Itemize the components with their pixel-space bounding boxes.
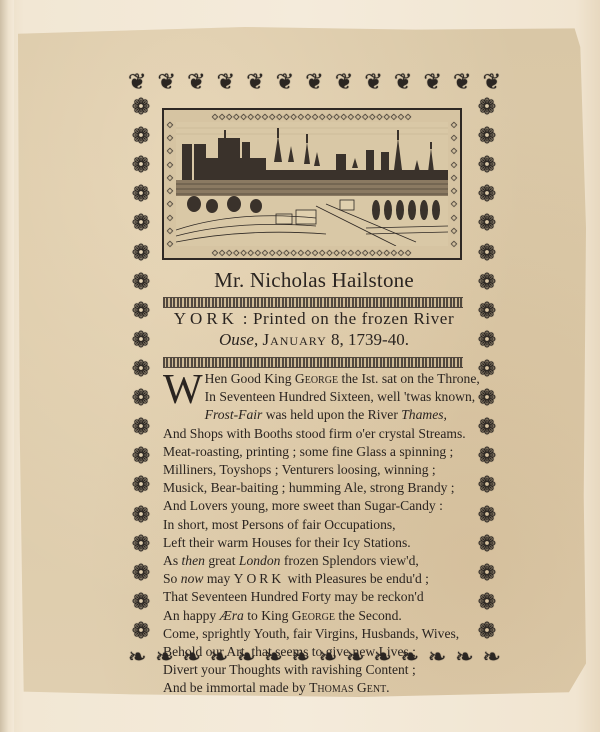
ornament-icon: ◇ — [255, 112, 262, 121]
ornament-icon: ❁ — [132, 125, 150, 147]
poem-text: may — [203, 571, 233, 586]
ornament-icon: ◇ — [212, 112, 219, 121]
ornament-icon: ❁ — [132, 591, 150, 613]
ornament-icon: ◇ — [240, 112, 247, 121]
poem-text: In Seventeen Hundred Sixteen, well 'twas… — [205, 389, 476, 404]
ornament-icon: ❦ — [335, 71, 352, 93]
ornament-icon: ◇ — [283, 248, 290, 257]
ornament-icon: ◇ — [262, 248, 269, 257]
ornament-icon: ◇ — [167, 173, 173, 182]
imprint-river: Ouse — [219, 330, 254, 349]
ornament-icon: ❁ — [478, 329, 496, 351]
ornament-icon: ❁ — [132, 212, 150, 234]
ornament-icon: ◇ — [405, 112, 412, 121]
ornament-icon: ❁ — [132, 445, 150, 467]
ornament-icon: ◇ — [451, 199, 457, 208]
ornament-icon: ◇ — [376, 112, 383, 121]
poem-text: was held upon the River — [262, 407, 401, 422]
ornament-icon: ◇ — [405, 248, 412, 257]
ornament-icon: ◇ — [248, 112, 255, 121]
ornament-icon: ◇ — [167, 239, 173, 248]
ornament-icon: ◇ — [451, 160, 457, 169]
ornament-icon: ❁ — [478, 154, 496, 176]
ornament-icon: ❁ — [478, 504, 496, 526]
ornament-icon: ❁ — [132, 533, 150, 555]
ornament-icon: ❦ — [246, 71, 263, 93]
poem-line: Divert your Thoughts with ravishing Cont… — [163, 661, 473, 679]
poem-line: Come, sprightly Youth, fair Virgins, Hus… — [163, 625, 473, 643]
poem-text: frozen Splendors view'd, — [280, 553, 418, 568]
poem-text: Milliners, Toyshops ; Venturers loosing,… — [163, 462, 436, 477]
ornament-icon: ❦ — [217, 71, 234, 93]
poem-text: So — [163, 571, 181, 586]
type-ornament-rule-upper — [163, 297, 463, 308]
poem-line: Musick, Bear-baiting ; humming Ale, stro… — [163, 479, 473, 497]
ornament-icon: ◇ — [167, 213, 173, 222]
woodcut-chain-border-top: ◇◇◇◇◇◇◇◇◇◇◇◇◇◇◇◇◇◇◇◇◇◇◇◇◇◇◇◇ — [164, 111, 460, 121]
poem-text: the Ist. sat on the Throne, — [338, 371, 480, 386]
ornament-icon: ◇ — [333, 248, 340, 257]
poem-verse: W Hen Good King George the Ist. sat on t… — [163, 370, 473, 698]
poem-text: And be immortal made by — [163, 680, 309, 695]
poem-text: Thomas Gent. — [309, 680, 389, 695]
ornament-icon: ❁ — [132, 474, 150, 496]
ornament-icon: ◇ — [451, 173, 457, 182]
poem-line: Behold our Art, that seems to give new L… — [163, 643, 473, 661]
poem-text: Come, sprightly Youth, fair Virgins, Hus… — [163, 626, 459, 641]
ornament-icon: ❁ — [478, 474, 496, 496]
ornament-icon: ❁ — [478, 183, 496, 205]
imprint-line-1: YORK : Printed on the frozen River — [158, 309, 470, 329]
woodcut-chain-border-right: ◇◇◇◇◇◇◇◇◇◇ — [449, 120, 459, 248]
imprint-printed-on: : Printed on the frozen River — [238, 309, 454, 328]
ornament-icon: ❁ — [132, 562, 150, 584]
poem-text: In short, most Persons of fair Occupatio… — [163, 517, 396, 532]
ornament-icon: ❁ — [132, 300, 150, 322]
ornament-icon: ◇ — [167, 226, 173, 235]
ornament-icon: ◇ — [451, 186, 457, 195]
ornament-icon: ❦ — [453, 71, 470, 93]
poem-text: George — [295, 371, 338, 386]
ornament-icon: ◇ — [451, 226, 457, 235]
poem-text: with Pleasures be endu'd ; — [284, 571, 429, 586]
ornament-icon: ◇ — [262, 112, 269, 121]
ornament-icon: ◇ — [248, 248, 255, 257]
ornament-icon: ❦ — [305, 71, 322, 93]
type-ornament-rule-lower — [163, 357, 463, 368]
ornament-icon: ❁ — [478, 562, 496, 584]
ornament-icon: ◇ — [291, 112, 298, 121]
ornament-icon: ❁ — [478, 358, 496, 380]
ornament-icon: ◇ — [391, 248, 398, 257]
poem-text: then — [182, 553, 205, 568]
ornament-icon: ❦ — [128, 71, 145, 93]
ornament-icon: ◇ — [451, 146, 457, 155]
poem-text: George — [292, 608, 335, 623]
ornament-icon: ❁ — [132, 183, 150, 205]
ornament-icon: ❦ — [483, 71, 500, 93]
ornament-icon: ◇ — [398, 112, 405, 121]
ornament-icon: ❁ — [478, 620, 496, 642]
ornament-icon: ❁ — [478, 416, 496, 438]
ornament-icon: ❁ — [478, 300, 496, 322]
york-skyline-woodcut — [176, 122, 448, 246]
ornament-icon: ❁ — [132, 96, 150, 118]
poem-line: In Seventeen Hundred Sixteen, well 'twas… — [163, 388, 473, 406]
poem-text: Behold our Art, that seems to give new L… — [163, 644, 416, 659]
poem-line: As then great London frozen Splendors vi… — [163, 552, 473, 570]
ornament-icon: ❁ — [132, 358, 150, 380]
ornament-icon: ❁ — [478, 387, 496, 409]
ornament-icon: ◇ — [341, 112, 348, 121]
poem-line: An happy Æra to King George the Second. — [163, 607, 473, 625]
ornament-icon: ◇ — [451, 213, 457, 222]
ornament-icon: ◇ — [283, 112, 290, 121]
ornamental-border-right: ❁❁❁❁❁❁❁❁❁❁❁❁❁❁❁❁❁❁❁ — [470, 96, 504, 642]
ornament-icon: ◇ — [240, 248, 247, 257]
ornament-icon: ❁ — [478, 125, 496, 147]
ornament-icon: ❦ — [364, 71, 381, 93]
ornament-icon: ◇ — [167, 160, 173, 169]
poem-text: Meat-roasting, printing ; some fine Glas… — [163, 444, 453, 459]
poem-text: YORK — [234, 571, 285, 586]
ornament-icon: ❁ — [478, 212, 496, 234]
album-mount-edge — [0, 0, 14, 732]
ornament-icon: ❁ — [132, 620, 150, 642]
ornament-icon: ◇ — [212, 248, 219, 257]
ornament-icon: ◇ — [298, 248, 305, 257]
woodcut-illustration: ◇◇◇◇◇◇◇◇◇◇◇◇◇◇◇◇◇◇◇◇◇◇◇◇◇◇◇◇ ◇◇◇◇◇◇◇◇◇◇◇… — [162, 108, 462, 260]
ornament-icon: ❁ — [478, 591, 496, 613]
ornament-icon: ❦ — [423, 71, 440, 93]
poem-line: In short, most Persons of fair Occupatio… — [163, 516, 473, 534]
ornament-icon: ❁ — [132, 242, 150, 264]
poem-line: And Shops with Booths stood firm o'er cr… — [163, 425, 473, 443]
poem-line: And be immortal made by Thomas Gent. — [163, 679, 473, 697]
ornament-icon: ❁ — [478, 533, 496, 555]
ornament-icon: ❁ — [478, 445, 496, 467]
poem-text: And Lovers young, more sweet than Sugar-… — [163, 498, 443, 513]
poem-text: now — [181, 571, 204, 586]
ornament-icon: ❁ — [132, 504, 150, 526]
poem-line: That Seventeen Hundred Forty may be reck… — [163, 588, 473, 606]
ornament-icon: ❦ — [158, 71, 175, 93]
ornament-icon: ◇ — [167, 146, 173, 155]
ornament-icon: ◇ — [384, 112, 391, 121]
poem-line: Milliners, Toyshops ; Venturers loosing,… — [163, 461, 473, 479]
ornament-icon: ◇ — [451, 120, 457, 129]
poem-text: Musick, Bear-baiting ; humming Ale, stro… — [163, 480, 455, 495]
woodcut-chain-border-left: ◇◇◇◇◇◇◇◇◇◇ — [165, 120, 175, 248]
poem-line: So now may YORK with Pleasures be endu'd… — [163, 570, 473, 588]
poem-line: And Lovers young, more sweet than Sugar-… — [163, 497, 473, 515]
poem-text: London — [239, 553, 281, 568]
imprint-place: YORK — [174, 309, 238, 328]
poem-text: Frost-Fair — [205, 407, 263, 422]
ornament-icon: ◇ — [398, 248, 405, 257]
ornament-icon: ◇ — [391, 112, 398, 121]
poem-text: Hen Good King — [205, 371, 295, 386]
broadside-title: Mr. Nicholas Hailstone — [140, 268, 488, 293]
imprint-line-2: Ouse, January 8, 1739-40. — [158, 330, 470, 350]
poem-text: Æra — [220, 608, 244, 623]
ornament-icon: ❧ — [128, 646, 145, 668]
ornament-icon: ❁ — [478, 96, 496, 118]
poem-text: As — [163, 553, 182, 568]
ornamental-border-left: ❁❁❁❁❁❁❁❁❁❁❁❁❁❁❁❁❁❁❁ — [124, 96, 158, 642]
ornament-icon: ◇ — [451, 133, 457, 142]
ornament-icon: ◇ — [376, 248, 383, 257]
poem-text: An happy — [163, 608, 220, 623]
ornament-icon: ❦ — [187, 71, 204, 93]
ornament-icon: ❁ — [132, 329, 150, 351]
ornament-icon: ❁ — [132, 416, 150, 438]
ornament-icon: ◇ — [305, 248, 312, 257]
drop-cap: W — [163, 373, 203, 407]
ornament-icon: ◇ — [255, 248, 262, 257]
poem-text: great — [205, 553, 239, 568]
ornament-icon: ❁ — [132, 154, 150, 176]
ornament-icon: ◇ — [298, 112, 305, 121]
ornament-icon: ◇ — [167, 120, 173, 129]
poem-line: Left their warm Houses for their Icy Sta… — [163, 534, 473, 552]
ornament-icon: ❦ — [276, 71, 293, 93]
poem-text: Left their warm Houses for their Icy Sta… — [163, 535, 411, 550]
ornament-icon: ❁ — [132, 387, 150, 409]
ornament-icon: ◇ — [167, 133, 173, 142]
ornament-icon: ◇ — [291, 248, 298, 257]
ornament-icon: ◇ — [167, 199, 173, 208]
ornament-icon: ◇ — [167, 186, 173, 195]
ornament-icon: ◇ — [451, 239, 457, 248]
poem-text: And Shops with Booths stood firm o'er cr… — [163, 426, 466, 441]
imprint-date: 8, 1739-40. — [327, 330, 409, 349]
poem-line: Frost-Fair was held upon the River Thame… — [163, 406, 473, 424]
ornament-icon: ◇ — [341, 248, 348, 257]
poem-text: That Seventeen Hundred Forty may be reck… — [163, 589, 424, 604]
woodcut-chain-border-bottom: ◇◇◇◇◇◇◇◇◇◇◇◇◇◇◇◇◇◇◇◇◇◇◇◇◇◇◇◇ — [164, 247, 460, 257]
ornament-icon: ❧ — [482, 646, 499, 668]
poem-line: Meat-roasting, printing ; some fine Glas… — [163, 443, 473, 461]
poem-text: Divert your Thoughts with ravishing Cont… — [163, 662, 416, 677]
ornament-icon: ❦ — [394, 71, 411, 93]
poem-line: Hen Good King George the Ist. sat on the… — [163, 370, 473, 388]
imprint-month: January — [262, 330, 326, 349]
poem-text: Thames, — [401, 407, 447, 422]
ornament-icon: ◇ — [348, 112, 355, 121]
poem-text: the Second. — [335, 608, 402, 623]
ornament-icon: ◇ — [384, 248, 391, 257]
ornament-icon: ◇ — [348, 248, 355, 257]
ornament-icon: ◇ — [305, 112, 312, 121]
ornament-icon: ❁ — [478, 242, 496, 264]
ornament-icon: ◇ — [333, 112, 340, 121]
ornamental-border-top: ❦❦❦❦❦❦❦❦❦❦❦❦❦ — [128, 68, 500, 96]
poem-text: to King — [244, 608, 292, 623]
